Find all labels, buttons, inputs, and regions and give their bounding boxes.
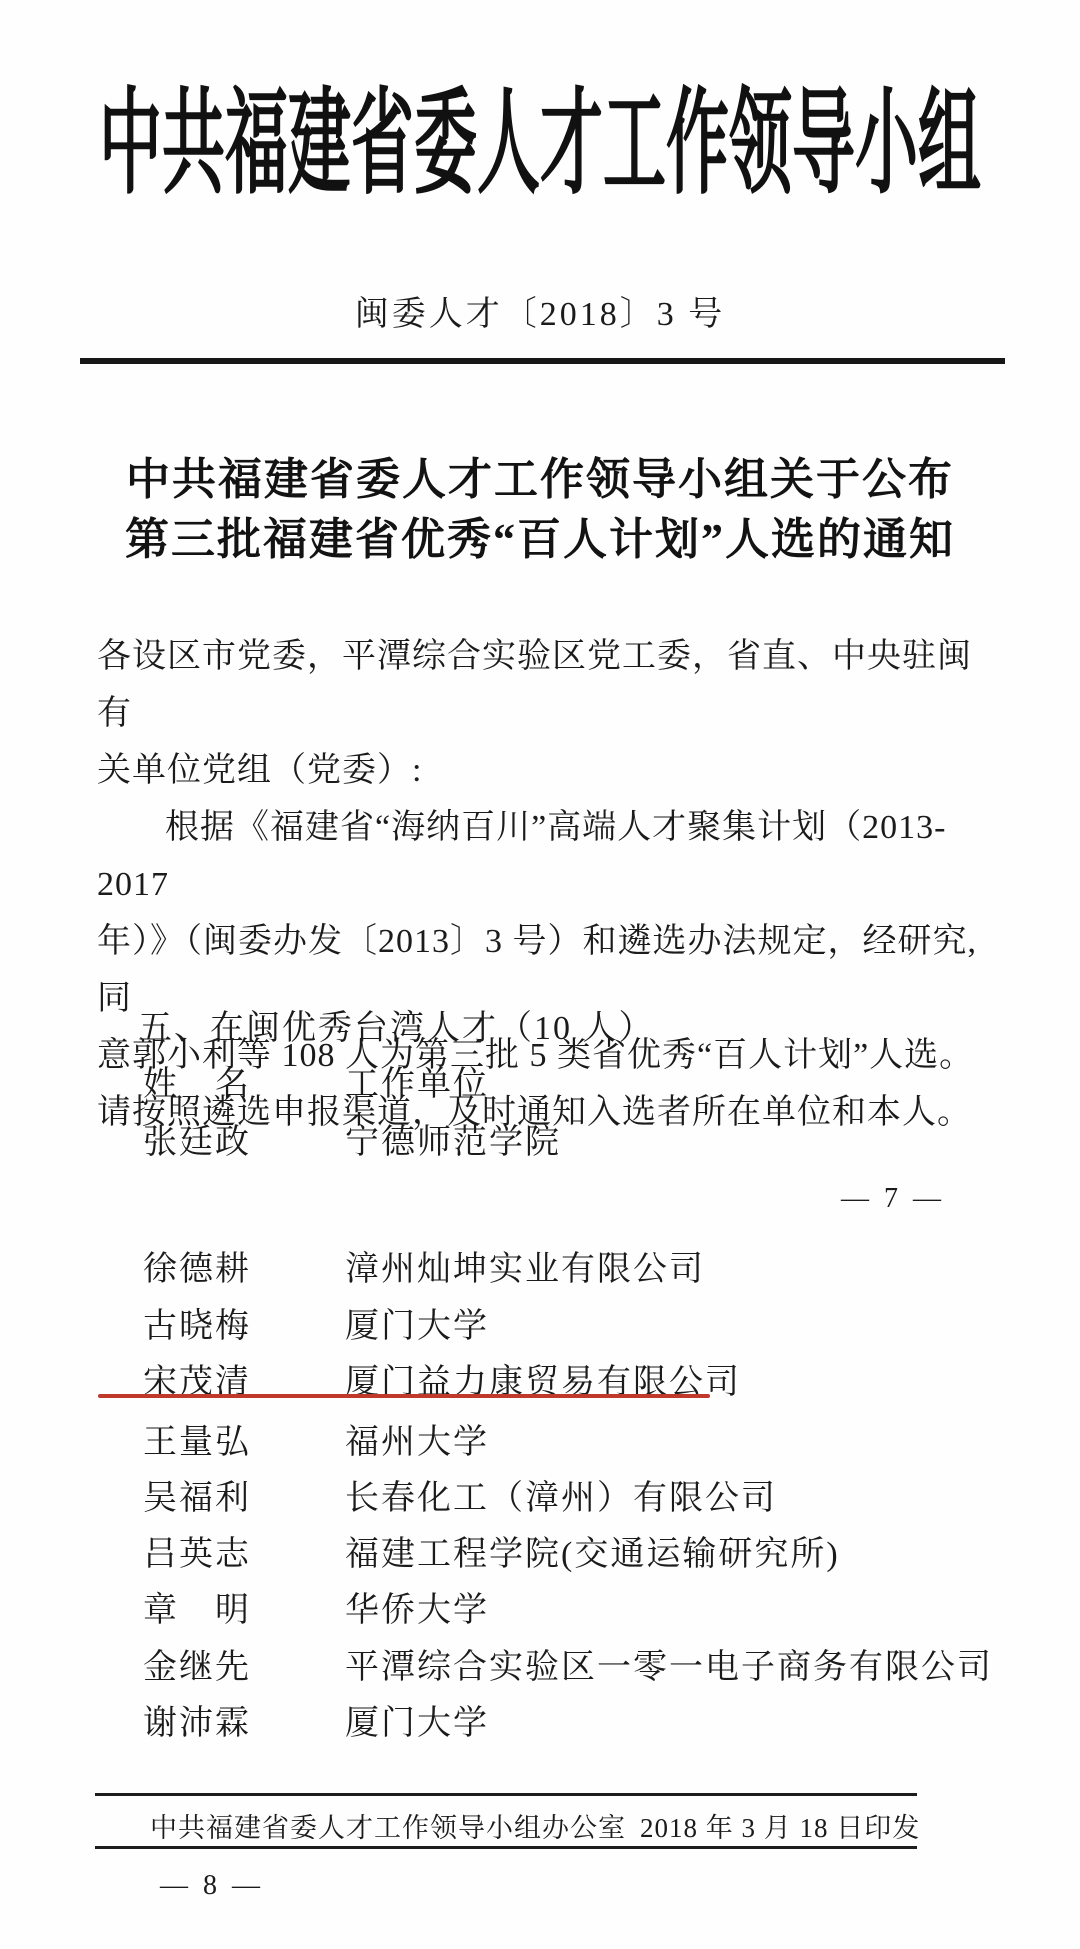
column-header-unit: 工作单位 — [345, 1056, 489, 1105]
document-number: 闽委人才〔2018〕3 号 — [0, 286, 1080, 335]
work-unit: 厦门大学 — [345, 1695, 489, 1744]
table-row: 金继先 平潭综合实验区一零一电子商务有限公司 — [0, 1639, 1080, 1685]
page-number-7: — 7 — — [841, 1183, 945, 1215]
person-name: 谢沛霖 — [143, 1695, 251, 1744]
salutation-line2: 关单位党组（党委）: — [97, 742, 992, 799]
work-unit: 厦门大学 — [345, 1298, 489, 1347]
section-heading: 五、在闽优秀台湾人才（10 人） — [138, 1000, 655, 1049]
work-unit: 华侨大学 — [345, 1582, 489, 1631]
work-unit: 平潭综合实验区一零一电子商务有限公司 — [345, 1639, 993, 1688]
footer-print-date: 2018 年 3 月 18 日印发 — [640, 1806, 920, 1845]
notice-title-line1: 中共福建省委人才工作领导小组关于公布 — [0, 450, 1080, 510]
table-row: 徐德耕 漳州灿坤实业有限公司 — [0, 1241, 1080, 1287]
paragraph-line1: 根据《福建省“海纳百川”高端人才聚集计划（2013-2017 — [97, 799, 992, 913]
table-row: 张廷政 宁德师范学院 — [0, 1114, 1080, 1160]
table-row: 章 明 华侨大学 — [0, 1582, 1080, 1628]
highlight-underline — [98, 1394, 710, 1398]
table-header-row: 姓 名 工作单位 — [0, 1056, 1080, 1102]
work-unit: 长春化工（漳州）有限公司 — [345, 1470, 777, 1519]
footer-office: 中共福建省委人才工作领导小组办公室 — [150, 1806, 626, 1845]
person-name: 王量弘 — [143, 1414, 251, 1463]
table-row: 谢沛霖 厦门大学 — [0, 1695, 1080, 1741]
table-row: 王量弘 福州大学 — [0, 1414, 1080, 1460]
document-page: 中共福建省委人才工作领导小组 闽委人才〔2018〕3 号 中共福建省委人才工作领… — [0, 0, 1080, 1949]
footer-top-rule — [95, 1793, 917, 1796]
salutation-line1: 各设区市党委，平潭综合实验区党工委，省直、中央驻闽有 — [97, 628, 992, 742]
masthead-divider-rule — [80, 358, 1005, 364]
page-number-8: — 8 — — [160, 1870, 264, 1902]
column-header-name: 姓 名 — [143, 1056, 251, 1105]
person-name: 古晓梅 — [143, 1298, 251, 1347]
person-name: 金继先 — [143, 1639, 251, 1688]
table-row: 古晓梅 厦门大学 — [0, 1298, 1080, 1344]
work-unit: 福建工程学院(交通运输研究所) — [345, 1526, 840, 1575]
person-name: 吴福利 — [143, 1470, 251, 1519]
person-name: 章 明 — [143, 1582, 251, 1631]
footer-bottom-rule — [95, 1846, 917, 1849]
work-unit: 漳州灿坤实业有限公司 — [345, 1241, 705, 1290]
work-unit: 宁德师范学院 — [345, 1114, 561, 1163]
notice-title-line2: 第三批福建省优秀“百人计划”人选的通知 — [0, 510, 1080, 570]
notice-title: 中共福建省委人才工作领导小组关于公布 第三批福建省优秀“百人计划”人选的通知 — [0, 450, 1080, 570]
agency-masthead-title: 中共福建省委人才工作领导小组 — [0, 88, 1080, 203]
table-row: 吴福利 长春化工（漳州）有限公司 — [0, 1470, 1080, 1516]
work-unit: 福州大学 — [345, 1414, 489, 1463]
table-row: 吕英志 福建工程学院(交通运输研究所) — [0, 1526, 1080, 1572]
person-name: 徐德耕 — [143, 1241, 251, 1290]
person-name: 吕英志 — [143, 1526, 251, 1575]
person-name: 张廷政 — [143, 1114, 251, 1163]
